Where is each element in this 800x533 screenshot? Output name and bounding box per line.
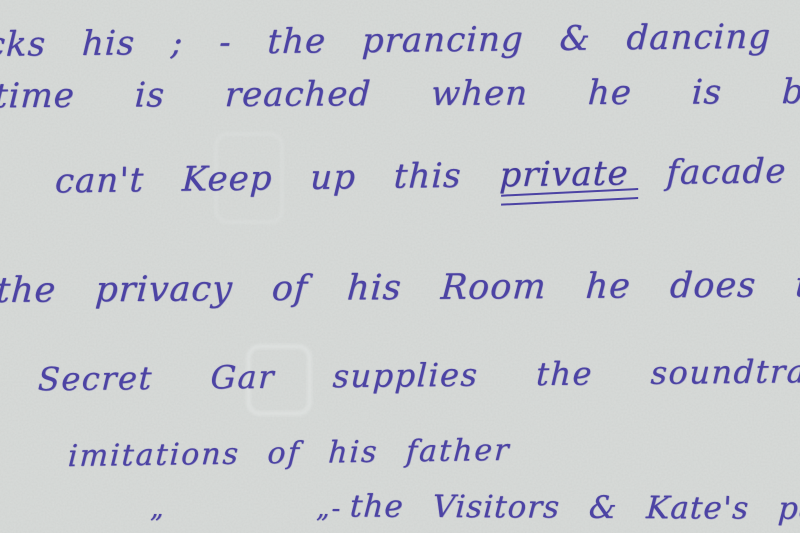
handwriting-line-2: time is reached when he is beat <box>0 72 800 117</box>
handwriting-line-7: the Visitors & Kate's parents <box>349 489 800 528</box>
underlined-word-private: private <box>499 153 630 195</box>
line-3-text-after: facade a <box>628 150 800 193</box>
handwriting-line-4: the privacy of his Room he does the <box>0 265 800 311</box>
ditto-mark-2: „- <box>316 494 342 524</box>
manuscript-page: cks his ; - the prancing & dancing & him… <box>0 0 800 533</box>
line-3-text-before: can't Keep up this <box>54 155 500 201</box>
ditto-mark-1: „ <box>150 494 165 524</box>
handwriting-line-5: Secret Gar supplies the soundtrack: <box>37 352 800 399</box>
handwriting-line-6: imitations of his father <box>67 433 511 474</box>
